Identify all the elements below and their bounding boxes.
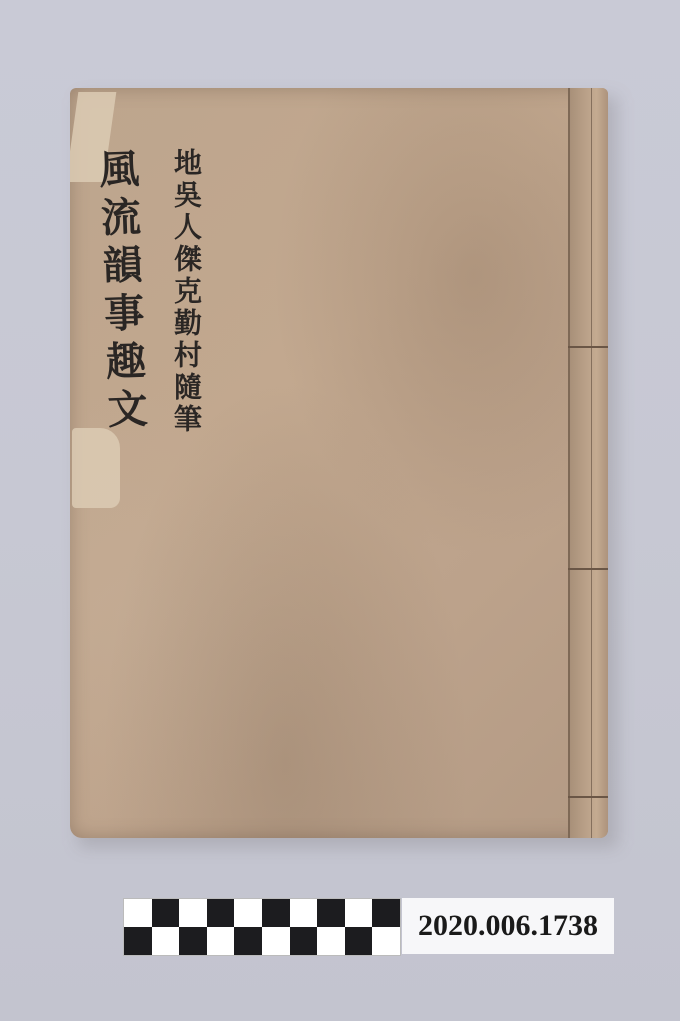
- catalog-number-label: 2020.006.1738: [402, 898, 614, 954]
- binding-stitch: [568, 346, 608, 348]
- torn-edge-left: [72, 428, 120, 508]
- binding-stitch: [568, 796, 608, 798]
- book-title: 風流韻事趣文: [87, 147, 154, 437]
- book-spine: [568, 88, 608, 838]
- scale-bar: [123, 898, 401, 956]
- binding-stitch: [568, 568, 608, 570]
- spine-binding-line: [591, 88, 592, 838]
- book-cover: 風流韻事趣文 地吳人傑克勤村隨筆: [70, 88, 608, 838]
- author-inscription: 地吳人傑克勤村隨筆: [166, 148, 206, 436]
